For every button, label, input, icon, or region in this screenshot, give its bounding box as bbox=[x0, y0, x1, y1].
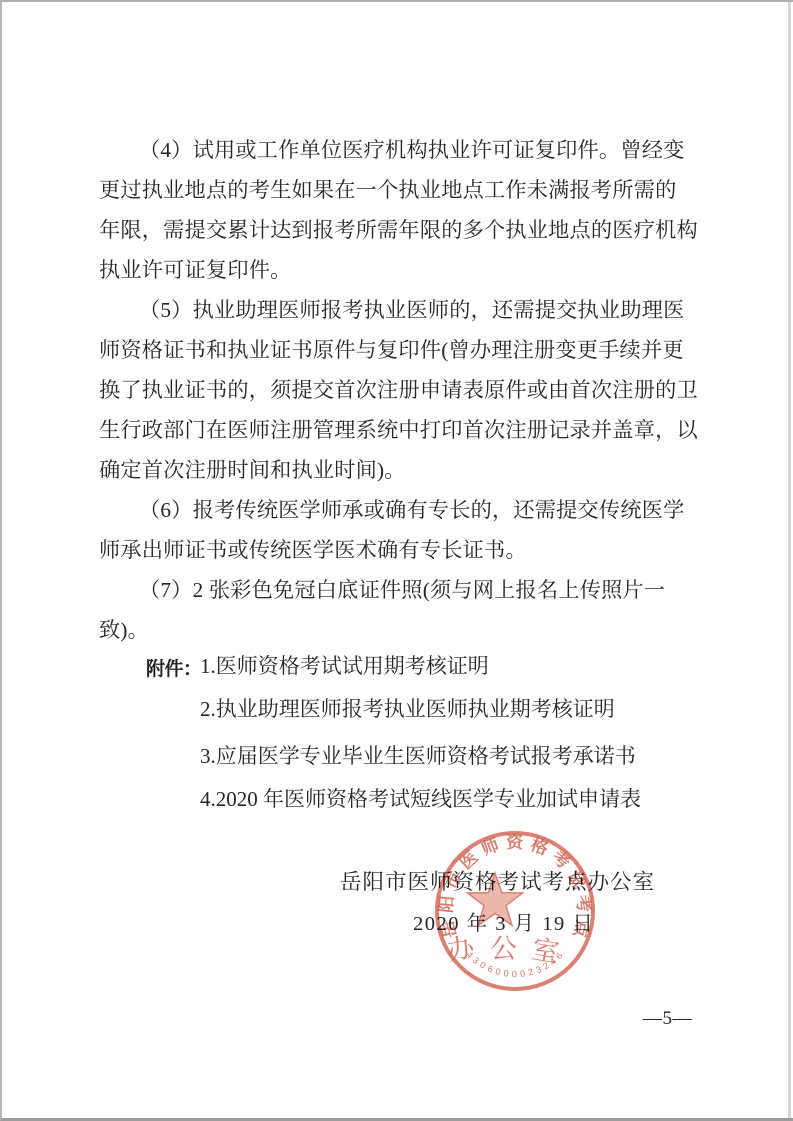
attachment-item: 2.执业助理医师报考执业医师执业期考核证明 bbox=[200, 697, 641, 721]
document-line: （5）执业助理医师报考执业医师的，还需提交执业助理医 bbox=[99, 290, 699, 330]
attachment-item: 3.应届医学专业毕业生医师资格考试报考承诺书 bbox=[200, 744, 641, 768]
document-line: 师承出师证书或传统医学医术确有专长证书。 bbox=[99, 530, 699, 570]
document-line: 更过执业地点的考生如果在一个执业地点工作未满报考所需的 bbox=[99, 170, 699, 210]
attachment-item: 4.2020 年医师资格考试短线医学专业加试申请表 bbox=[200, 787, 641, 811]
svg-text:办: 办 bbox=[445, 932, 478, 966]
document-line: 师资格证书和执业证书原件与复印件(曾办理注册变更手续并更 bbox=[99, 330, 699, 370]
signature-office: 岳阳市医师资格考试考点办公室 bbox=[340, 865, 655, 896]
page-number: —5— bbox=[643, 1008, 692, 1030]
seal-serial: 4306000023246 bbox=[465, 948, 567, 979]
document-line: 生行政部门在医师注册管理系统中打印首次注册记录并盖章，以 bbox=[99, 410, 699, 450]
document-line: 年限，需提交累计达到报考所需年限的多个执业地点的医疗机构 bbox=[99, 210, 699, 250]
document-page: （4）试用或工作单位医疗机构执业许可证复印件。曾经变更过执业地点的考生如果在一个… bbox=[0, 0, 793, 1121]
attachments-label: 附件： bbox=[146, 654, 202, 681]
document-line: 确定首次注册时间和执业时间)。 bbox=[99, 450, 699, 490]
attachment-item: 1.医师资格考试试用期考核证明 bbox=[200, 654, 641, 678]
svg-text:室: 室 bbox=[529, 934, 561, 968]
document-line: （6）报考传统医学师承或确有专长的，还需提交传统医学 bbox=[99, 490, 699, 530]
document-line: 换了执业证书的，须提交首次注册申请表原件或由首次注册的卫 bbox=[99, 370, 699, 410]
document-line: （7）2 张彩色免冠白底证件照(须与网上报名上传照片一 bbox=[99, 570, 699, 610]
signature-date: 2020 年 3 月 19 日 bbox=[413, 906, 594, 936]
attachments-list: 1.医师资格考试试用期考核证明2.执业助理医师报考执业医师执业期考核证明3.应届… bbox=[200, 654, 641, 811]
document-line: 致)。 bbox=[99, 610, 699, 650]
document-line: 执业许可证复印件。 bbox=[99, 250, 699, 290]
seal-center-text: 办 公 室 bbox=[445, 932, 561, 969]
document-body: （4）试用或工作单位医疗机构执业许可证复印件。曾经变更过执业地点的考生如果在一个… bbox=[99, 130, 699, 650]
document-line: （4）试用或工作单位医疗机构执业许可证复印件。曾经变 bbox=[99, 130, 699, 170]
svg-text:公: 公 bbox=[490, 934, 517, 964]
page-edge-line bbox=[788, 2, 791, 1118]
